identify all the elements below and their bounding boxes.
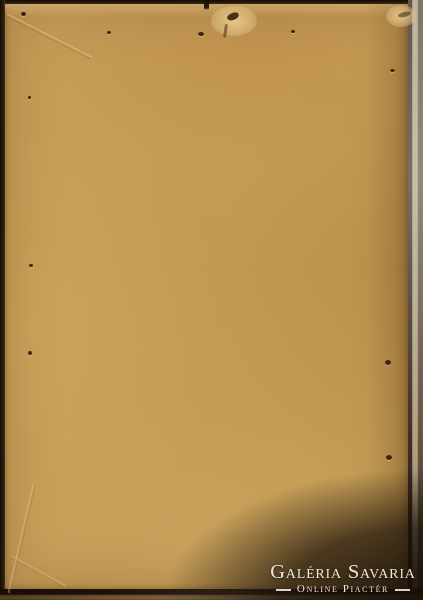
nail-mark xyxy=(21,12,26,16)
nail-mark xyxy=(386,455,392,460)
nail-mark xyxy=(28,96,31,99)
nail-mark xyxy=(385,360,391,365)
nail-mark xyxy=(390,69,395,72)
crease-bottom-left-steep xyxy=(8,484,36,594)
nail-mark xyxy=(28,351,32,355)
dash-line-right xyxy=(395,589,410,591)
watermark: Galéria Savaria Online Piactér xyxy=(270,562,416,596)
watermark-title: Galéria Savaria xyxy=(270,562,416,584)
watermark-subtitle-row: Online Piactér xyxy=(270,584,416,596)
framed-picture-back-photo: Galéria Savaria Online Piactér xyxy=(0,0,423,600)
nail-mark xyxy=(291,30,295,33)
crease-top-left xyxy=(5,13,92,59)
hanging-nail-icon xyxy=(204,0,209,10)
crease-bottom-left-flat xyxy=(10,555,66,588)
watermark-subtitle: Online Piactér xyxy=(297,584,389,596)
nail-mark xyxy=(107,31,111,34)
nail-mark xyxy=(198,32,204,36)
dash-line-left xyxy=(276,589,291,591)
paper-tear-top-center xyxy=(211,6,257,36)
nail-mark xyxy=(29,264,33,267)
